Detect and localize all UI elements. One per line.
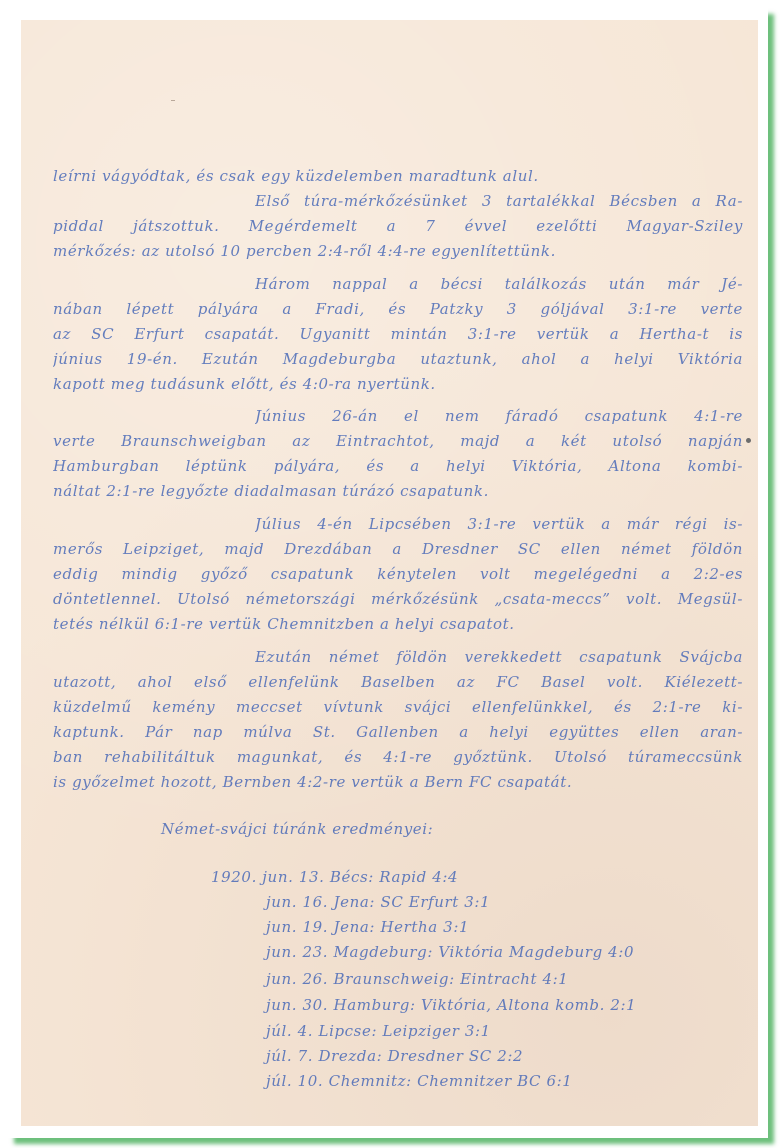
result-row: júl. 4. Lipcse: Leipziger 3:1 [266,1022,491,1040]
text-line: az SC Erfurt csapatát. Ugyanitt mintán 3… [53,325,743,343]
text-line: mérkőzés: az utolsó 10 percben 2:4-ről 4… [53,242,743,260]
text-line: verte Braunschweigban az Eintrachtot, ma… [53,432,743,450]
text-line: utazott, ahol első ellenfelünk Baselben … [53,673,743,691]
ink-dot [746,438,751,443]
result-row: jun. 19. Jena: Hertha 3:1 [266,918,469,936]
result-row: júl. 10. Chemnitz: Chemnitzer BC 6:1 [266,1072,572,1090]
result-row: 1920. jun. 13. Bécs: Rapid 4:4 [211,868,458,886]
text-line: náltat 2:1-re legyőzte diadalmasan túráz… [53,482,743,500]
text-line: nában lépett pályára a Fradi, és Patzky … [53,300,743,318]
text-line: Július 4-én Lipcsében 3:1-re vertük a má… [255,515,743,533]
text-line: merős Leipziget, majd Drezdában a Dresdn… [53,540,743,558]
result-row: jun. 23. Magdeburg: Viktória Magdeburg 4… [266,943,634,961]
pencil-mark [171,100,175,101]
result-row: jun. 26. Braunschweig: Eintracht 4:1 [266,970,568,988]
text-line: döntetlennel. Utolsó németországi mérkőz… [53,590,743,608]
text-line: leírni vágyódtak, és csak egy küzdelembe… [53,167,743,185]
text-line: Hamburgban léptünk pályára, és a helyi V… [53,457,743,475]
result-row: jun. 16. Jena: SC Erfurt 3:1 [266,893,490,911]
result-row: jun. 30. Hamburg: Viktória, Altona komb.… [266,996,636,1014]
text-line: Ezután német földön verekkedett csapatun… [255,648,743,666]
text-line: kaptunk. Pár nap múlva St. Gallenben a h… [53,723,743,741]
text-line: tetés nélkül 6:1-re vertük Chemnitzben a… [53,615,743,633]
handwritten-page: leírni vágyódtak, és csak egy küzdelembe… [21,20,758,1126]
text-line: piddal játszottuk. Megérdemelt a 7 évvel… [53,217,743,235]
text-line: küzdelmű kemény meccset vívtunk svájci e… [53,698,743,716]
results-heading: Német-svájci túránk eredményei: [161,820,433,838]
text-line: Június 26-án el nem fáradó csapatunk 4:1… [255,407,743,425]
text-line: Három nappal a bécsi találkozás után már… [255,275,743,293]
text-line: Első túra-mérkőzésünket 3 tartalékkal Bé… [255,192,743,210]
text-line: eddig mindig győző csapatunk kénytelen v… [53,565,743,583]
text-line: kapott meg tudásunk előtt, és 4:0-ra nye… [53,375,743,393]
text-line: június 19-én. Ezután Magdeburgba utaztun… [53,350,743,368]
text-line: is győzelmet hozott, Bernben 4:2-re vert… [53,773,743,791]
text-line: ban rehabilitáltuk magunkat, és 4:1-re g… [53,748,743,766]
photo-frame: leírni vágyódtak, és csak egy küzdelembe… [8,8,768,1138]
result-row: júl. 7. Drezda: Dresdner SC 2:2 [266,1047,523,1065]
